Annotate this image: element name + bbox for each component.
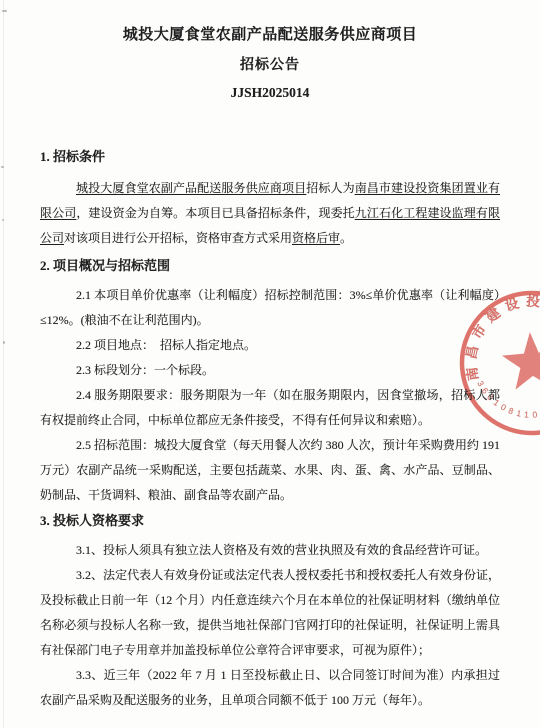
section-3-item-2: 3.2、法定代表人有效身份证或法定代表人授权委托书和授权委托人有效身份证，及投标…: [40, 563, 500, 663]
document-number: JJSH2025014: [40, 84, 500, 102]
text-segment: 。: [340, 231, 352, 245]
section-3-item-1: 3.1、投标人须具有独立法人资格及有效的营业执照及有效的食品经营许可证。: [40, 538, 500, 563]
text-segment: 对该项目进行公开招标，资格审查方式采用: [64, 231, 292, 245]
section-2-item-5: 2.5 招标范围：城投大厦食堂（每天用餐人次约 380 人次，预计年采购费用约 …: [40, 433, 500, 508]
section-3-item-3: 3.3、近三年（2022 年 7 月 1 日至投标截止日、以合同签订时间为准）内…: [40, 663, 500, 713]
text-segment: 招标人为: [306, 181, 354, 195]
section-1-paragraph: 城投大厦食堂农副产品配送服务供应商项目招标人为南昌市建设投资集团置业有限公司，建…: [40, 176, 500, 251]
section-2-item-4: 2.4 服务期限要求：服务期限为一年（如在服务期限内，因食堂撤场，招标人都有权提…: [40, 383, 500, 433]
section-3-heading: 3. 投标人资格要求: [40, 512, 500, 530]
section-2-heading: 2. 项目概况与招标范围: [40, 257, 500, 275]
underlined-qualification-method: 资格后审: [292, 231, 340, 245]
document-content: 城投大厦食堂农副产品配送服务供应商项目 招标公告 JJSH2025014 1. …: [0, 0, 540, 728]
scanned-document-page: 城投大厦食堂农副产品配送服务供应商项目 招标公告 JJSH2025014 1. …: [0, 0, 540, 728]
section-2-item-3: 2.3 标段划分：一个标段。: [40, 358, 500, 383]
section-2-item-2: 2.2 项目地点： 招标人指定地点。: [40, 333, 500, 358]
document-title: 城投大厦食堂农副产品配送服务供应商项目: [40, 24, 500, 46]
text-segment: ，建设资金为自筹。本项目已具备招标条件，现委托: [76, 206, 354, 220]
section-1-heading: 1. 招标条件: [40, 148, 500, 166]
section-2-item-1: 2.1 本项目单价优惠率（让利幅度）招标控制范围：3%≤单价优惠率（让利幅度）≤…: [40, 283, 500, 333]
underlined-project-name: 城投大厦食堂农副产品配送服务供应商项目: [76, 181, 306, 195]
document-subtitle: 招标公告: [40, 56, 500, 76]
